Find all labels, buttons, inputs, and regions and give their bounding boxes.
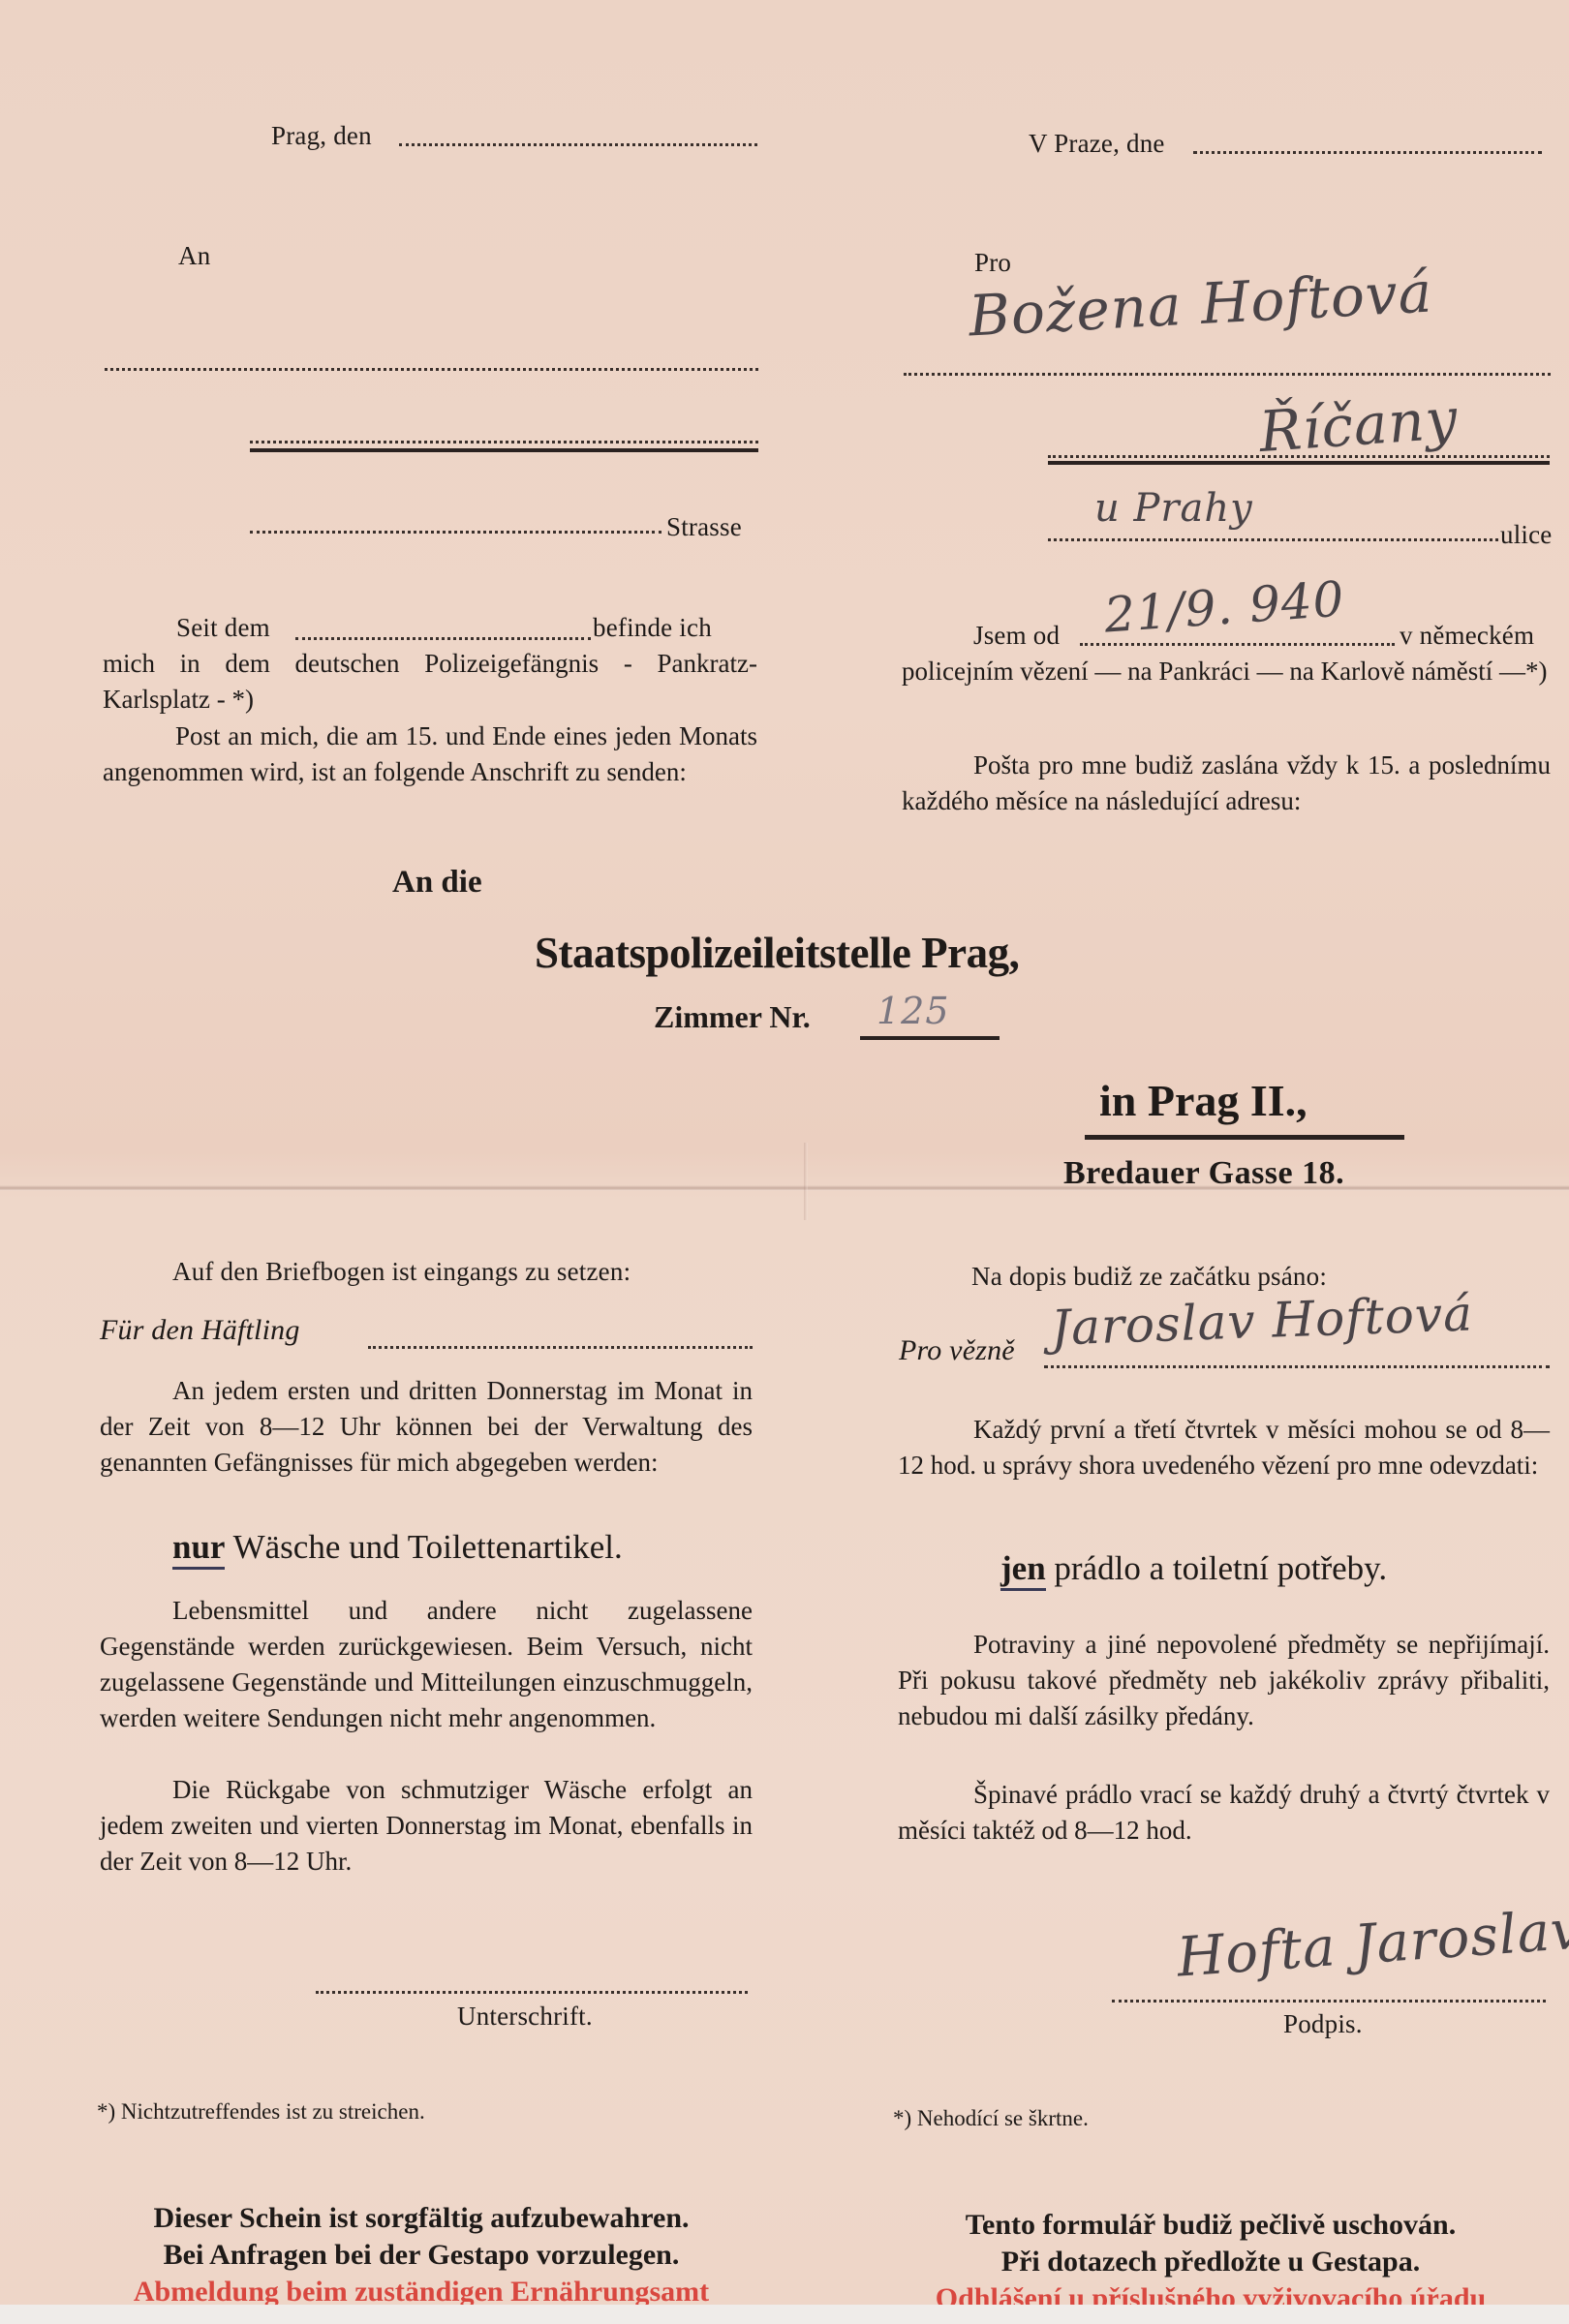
left-recipient-line-1[interactable] — [105, 368, 758, 371]
left-return-paragraph: Die Rückgabe von schmutziger Wäsche erfo… — [100, 1772, 753, 1880]
city-underline — [1085, 1135, 1404, 1140]
left-notice: Dieser Schein ist sorgfältig aufzubewahr… — [82, 2200, 760, 2305]
left-delivery-paragraph: An jedem ersten und dritten Donnerstag i… — [100, 1373, 753, 1481]
address-street: Bredauer Gasse 18. — [1063, 1155, 1344, 1192]
right-delivery-paragraph: Každý první a třetí čtvrtek v měsíci moh… — [898, 1412, 1550, 1483]
left-letter-heading: Auf den Briefbogen ist eingangs zu setze… — [172, 1254, 631, 1290]
left-signature-label: Unterschrift. — [457, 1999, 593, 2034]
right-to-label: Pro — [974, 245, 1011, 281]
right-rejected-paragraph: Potraviny a jiné nepovolené předměty se … — [898, 1627, 1550, 1734]
left-recipient-line-2[interactable] — [250, 441, 758, 443]
right-prisoner-field[interactable] — [1044, 1365, 1550, 1368]
left-prisoner-label: Für den Häftling — [100, 1312, 300, 1348]
right-since-lead: Jsem od — [973, 618, 1060, 654]
left-since-rest: mich in dem deutschen Polizeigefängnis -… — [103, 646, 757, 718]
left-street-label: Strasse — [666, 509, 742, 545]
right-recipient-line-1[interactable] — [904, 373, 1551, 376]
right-only-items: prádlo a toiletní potřeby. — [1054, 1549, 1387, 1587]
handwritten-prisoner-name: Jaroslav Hoftová — [1050, 1285, 1474, 1356]
left-notice-red: Abmeldung beim zuständigen Ernährungsamt — [82, 2274, 760, 2305]
left-since-after: befinde ich — [593, 610, 712, 646]
right-signature-field[interactable] — [1112, 2000, 1546, 2003]
right-date-label: V Praze, dne — [1029, 126, 1165, 162]
address-city: in Prag II., — [1099, 1075, 1307, 1126]
right-since-date-field[interactable] — [1080, 643, 1395, 646]
right-notice-line-1: Tento formulář budiž pečlivě uschován. — [877, 2207, 1545, 2244]
left-date-field[interactable] — [399, 143, 757, 146]
right-divider-rule — [1048, 461, 1550, 465]
right-since-after: v německém — [1400, 618, 1534, 654]
address-room-label: Zimmer Nr. — [654, 999, 811, 1035]
left-footnote: *) Nichtzutreffendes ist zu streichen. — [97, 2099, 425, 2125]
left-only-items: Wäsche und Toilettenartikel. — [233, 1528, 623, 1566]
right-notice: Tento formulář budiž pečlivě uschován. P… — [877, 2207, 1545, 2305]
left-since-date-field[interactable] — [295, 637, 591, 640]
handwritten-signature: Hofta Jaroslav — [1175, 1898, 1569, 1989]
right-notice-line-2: Při dotazech předložte u Gestapa. — [877, 2244, 1545, 2280]
right-return-paragraph: Špinavé prádlo vrací se každý druhý a čt… — [898, 1777, 1550, 1849]
left-only-word: nur — [172, 1528, 225, 1570]
left-since-lead: Seit dem — [176, 610, 270, 646]
right-only-line: jen prádlo a toiletní potřeby. — [1000, 1549, 1387, 1588]
right-street-label: ulice — [1500, 517, 1552, 553]
left-only-line: nur Wäsche und Toilettenartikel. — [172, 1528, 623, 1567]
right-street-field[interactable] — [1048, 538, 1498, 541]
left-date-label: Prag, den — [271, 118, 372, 154]
right-letter-heading: Na dopis budiž ze začátku psáno: — [971, 1259, 1327, 1295]
address-to-the: An die — [392, 865, 482, 901]
left-notice-line-2: Bei Anfragen bei der Gestapo vorzulegen. — [82, 2237, 760, 2274]
prison-mail-form: Prag, den An Strasse Seit dem befinde ic… — [0, 0, 1569, 2305]
left-rejected-paragraph: Lebensmittel und andere nicht zugelassen… — [100, 1593, 753, 1736]
left-street-field[interactable] — [250, 531, 661, 534]
left-prisoner-field[interactable] — [368, 1346, 753, 1349]
right-prisoner-label: Pro vězně — [899, 1332, 1015, 1368]
right-footnote: *) Nehodící se škrtne. — [893, 2106, 1089, 2131]
right-date-field[interactable] — [1193, 151, 1542, 154]
right-recipient-line-2[interactable] — [1048, 455, 1550, 458]
handwritten-room-number: 125 — [877, 990, 950, 1032]
right-notice-red: Odhlášení u příslušného vyživovacího úřa… — [877, 2280, 1545, 2305]
right-post-paragraph: Pošta pro mne budiž zaslána vždy k 15. a… — [902, 748, 1551, 819]
left-signature-field[interactable] — [316, 1991, 748, 1994]
handwritten-recipient-name: Božena Hoftová — [968, 260, 1434, 350]
handwritten-recipient-town: Říčany — [1257, 385, 1461, 465]
room-number-field[interactable] — [860, 1036, 1000, 1040]
right-since-rest: policejním vězení — na Pankráci — na Kar… — [902, 654, 1551, 689]
handwritten-recipient-region: u Prahy — [1094, 486, 1253, 531]
handwritten-since-date: 21/9. 940 — [1102, 570, 1346, 643]
right-signature-label: Podpis. — [1283, 2006, 1363, 2042]
left-divider-rule — [250, 448, 758, 452]
address-office: Staatspolizeileitstelle Prag, — [535, 928, 1019, 978]
right-only-word: jen — [1000, 1549, 1046, 1591]
left-to-label: An — [178, 238, 210, 274]
vertical-fold — [804, 1143, 808, 1220]
left-post-paragraph: Post an mich, die am 15. und Ende eines … — [103, 719, 757, 790]
left-notice-line-1: Dieser Schein ist sorgfältig aufzubewahr… — [82, 2200, 760, 2237]
